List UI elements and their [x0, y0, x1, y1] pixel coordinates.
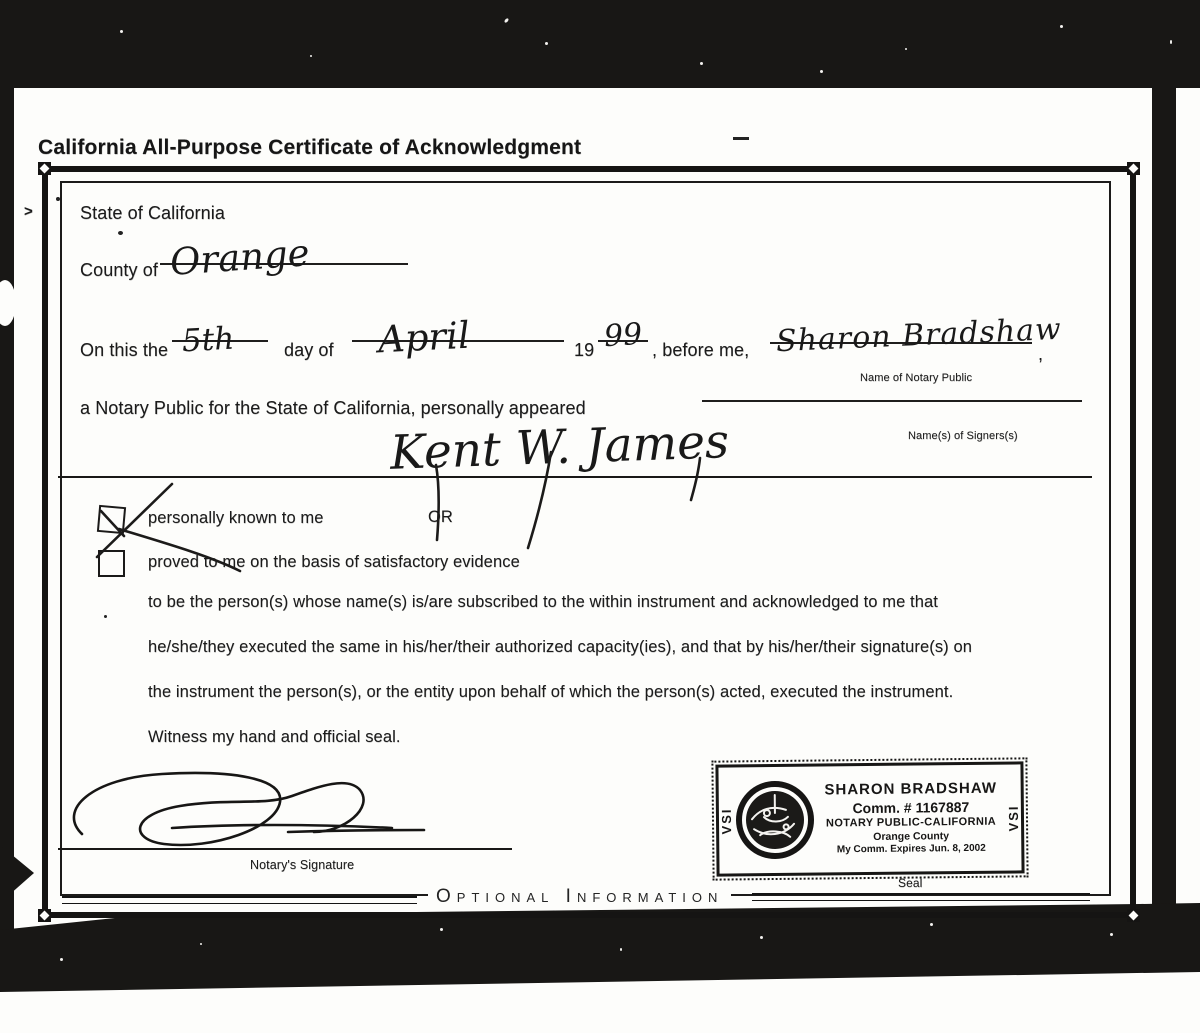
notary-seal-stamp: VSI SHARON BRADSHAW Comm. # 1167887 NOTA… — [715, 761, 1024, 876]
stamp-notary-name: SHARON BRADSHAW — [816, 780, 1006, 801]
stamp-commission-number: Comm. # 1167887 — [816, 799, 1006, 818]
stamp-notary-title: NOTARY PUBLIC-CALIFORNIA — [816, 816, 1006, 832]
stamp-expiration: My Comm. Expires Jun. 8, 2002 — [816, 843, 1006, 857]
scanned-notary-certificate: > California All-Purpose Certificate of … — [0, 0, 1200, 1033]
notary-signature-line — [58, 848, 512, 850]
state-seal-emblem — [734, 779, 817, 862]
witness-line: Witness my hand and official seal. — [148, 728, 401, 747]
stamp-edge-mark-left: VSI — [719, 807, 734, 834]
ack-paragraph-line-1: to be the person(s) whose name(s) is/are… — [148, 593, 938, 612]
optional-information-banner: Optional Information — [428, 886, 731, 908]
footer-rule-right — [752, 893, 1090, 901]
seal-caption: Seal — [898, 876, 922, 890]
notary-signature-scribble — [52, 762, 532, 872]
footer-rule-left — [62, 896, 417, 904]
ack-paragraph-line-2: he/she/they executed the same in his/her… — [148, 638, 972, 657]
ack-paragraph-line-3: the instrument the person(s), or the ent… — [148, 683, 953, 702]
stamp-edge-mark-right: VSI — [1006, 804, 1021, 831]
notary-signature-caption: Notary's Signature — [250, 858, 354, 872]
stamp-text-block: SHARON BRADSHAW Comm. # 1167887 NOTARY P… — [816, 780, 1007, 858]
handwriting-strokes — [0, 0, 1200, 1033]
